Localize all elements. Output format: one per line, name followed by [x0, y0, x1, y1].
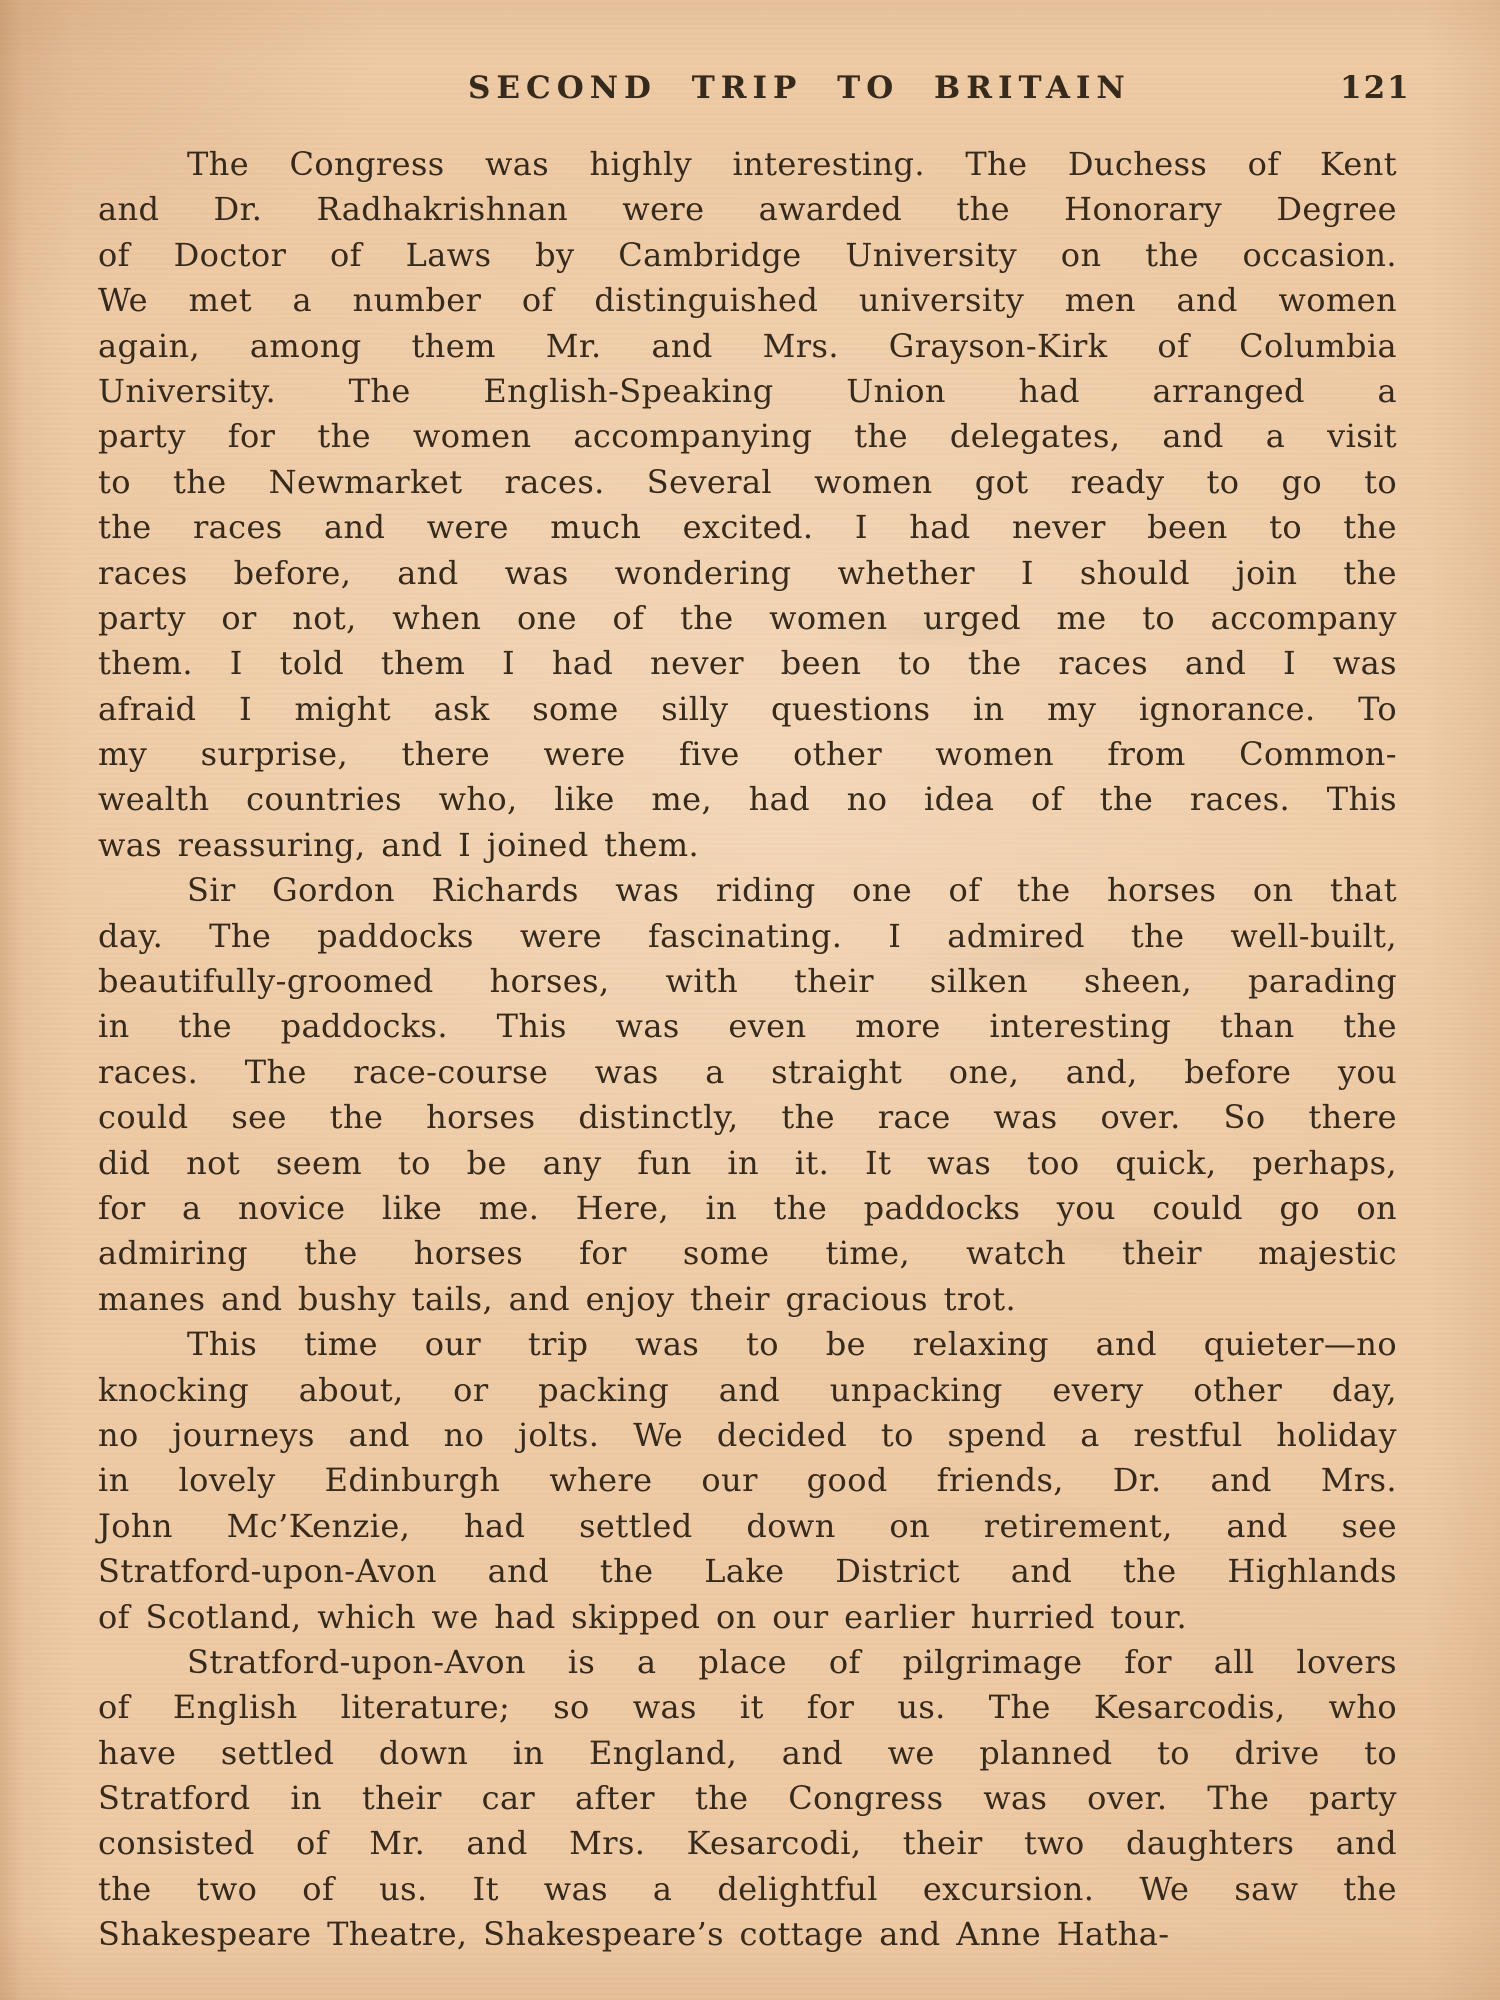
page-number: 121 [1340, 70, 1411, 106]
text-line: Shakespeare Theatre, Shakespeare’s cotta… [98, 1912, 1397, 1957]
text-line: in the paddocks. This was even more inte… [98, 1004, 1397, 1049]
text-line: in lovely Edinburgh where our good frien… [98, 1458, 1397, 1503]
text-line: day. The paddocks were fascinating. I ad… [98, 914, 1397, 959]
text-line: Sir Gordon Richards was riding one of th… [98, 868, 1397, 913]
text-line: no journeys and no jolts. We decided to … [98, 1413, 1397, 1458]
book-page: SECOND TRIP TO BRITAIN 121 The Congress … [0, 0, 1500, 2000]
text-line: This time our trip was to be relaxing an… [98, 1322, 1397, 1367]
text-line: consisted of Mr. and Mrs. Kesarcodi, the… [98, 1821, 1397, 1866]
text-line: for a novice like me. Here, in the paddo… [98, 1186, 1397, 1231]
text-line: knocking about, or packing and unpacking… [98, 1368, 1397, 1413]
text-line: Stratford-upon-Avon and the Lake Distric… [98, 1549, 1397, 1594]
text-line: did not seem to be any fun in it. It was… [98, 1141, 1397, 1186]
text-line: admiring the horses for some time, watch… [98, 1231, 1397, 1276]
text-line: have settled down in England, and we pla… [98, 1731, 1397, 1776]
text-line: of Scotland, which we had skipped on our… [98, 1595, 1397, 1640]
text-line: wealth countries who, like me, had no id… [98, 777, 1397, 822]
text-line: The Congress was highly interesting. The… [98, 142, 1397, 187]
text-line: my surprise, there were five other women… [98, 732, 1397, 777]
text-line: of English literature; so was it for us.… [98, 1685, 1397, 1730]
text-line: We met a number of distinguished univers… [98, 278, 1397, 323]
text-line: and Dr. Radhakrishnan were awarded the H… [98, 187, 1397, 232]
text-line: beautifully-groomed horses, with their s… [98, 959, 1397, 1004]
text-line: party or not, when one of the women urge… [98, 596, 1397, 641]
text-line: Stratford in their car after the Congres… [98, 1776, 1397, 1821]
running-title: SECOND TRIP TO BRITAIN [468, 70, 1131, 106]
text-line: afraid I might ask some silly questions … [98, 687, 1397, 732]
text-line: John Mc’Kenzie, had settled down on reti… [98, 1504, 1397, 1549]
text-line: the two of us. It was a delightful excur… [98, 1867, 1397, 1912]
text-line: them. I told them I had never been to th… [98, 641, 1397, 686]
text-line: races before, and was wondering whether … [98, 551, 1397, 596]
text-line: University. The English-Speaking Union h… [98, 369, 1397, 414]
text-line: was reassuring, and I joined them. [98, 823, 1397, 868]
text-line: manes and bushy tails, and enjoy their g… [98, 1277, 1397, 1322]
text-line: the races and were much excited. I had n… [98, 505, 1397, 550]
paragraph: The Congress was highly interesting. The… [98, 142, 1397, 868]
paragraph: Stratford-upon-Avon is a place of pilgri… [98, 1640, 1397, 1958]
text-line: Stratford-upon-Avon is a place of pilgri… [98, 1640, 1397, 1685]
text-line: again, among them Mr. and Mrs. Grayson-K… [98, 324, 1397, 369]
text-line: of Doctor of Laws by Cambridge Universit… [98, 233, 1397, 278]
text-line: to the Newmarket races. Several women go… [98, 460, 1397, 505]
paragraph: Sir Gordon Richards was riding one of th… [98, 868, 1397, 1322]
text-line: races. The race-course was a straight on… [98, 1050, 1397, 1095]
text-line: party for the women accompanying the del… [98, 414, 1397, 459]
paragraph: This time our trip was to be relaxing an… [98, 1322, 1397, 1640]
text-line: could see the horses distinctly, the rac… [98, 1095, 1397, 1140]
body-text: The Congress was highly interesting. The… [98, 142, 1397, 1958]
